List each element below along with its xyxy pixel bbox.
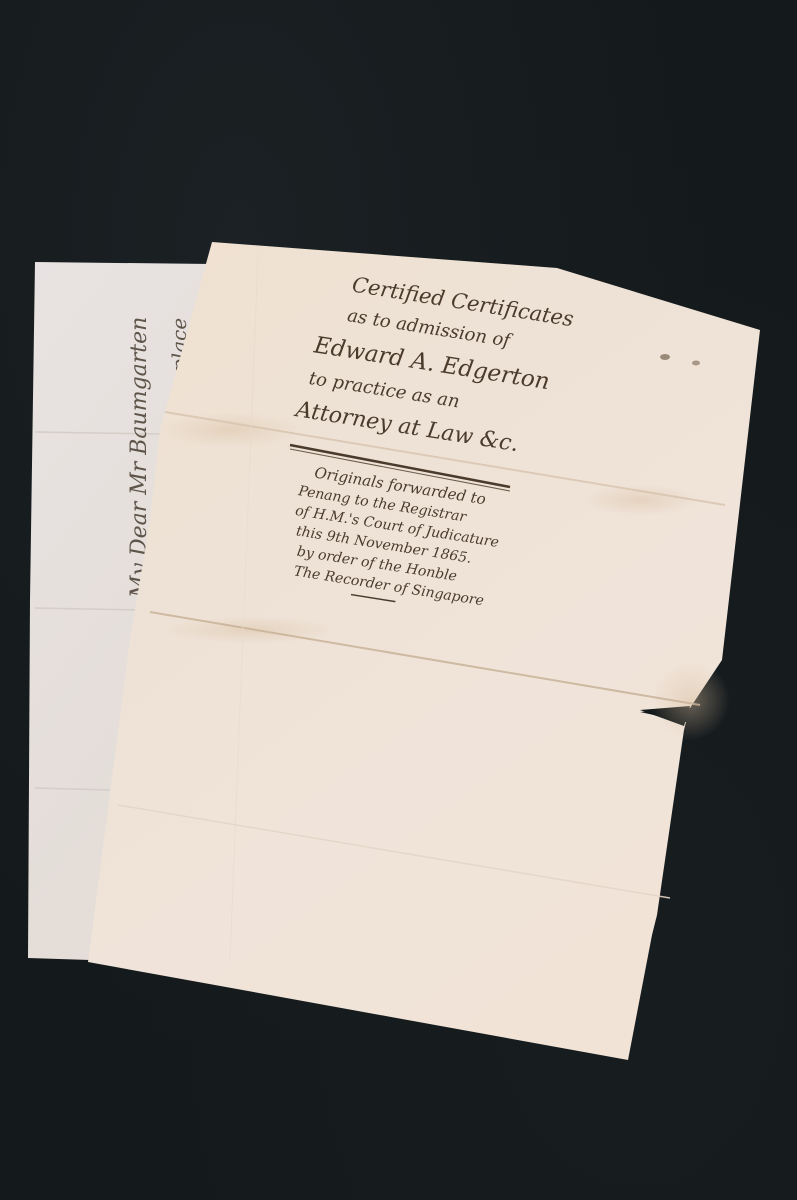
pin-hole xyxy=(660,354,670,360)
pin-hole xyxy=(692,361,700,366)
photo-stage: My Dear Mr Baumgarten ... you place xyxy=(0,0,797,1200)
documents-scene: My Dear Mr Baumgarten ... you place xyxy=(0,0,797,1200)
